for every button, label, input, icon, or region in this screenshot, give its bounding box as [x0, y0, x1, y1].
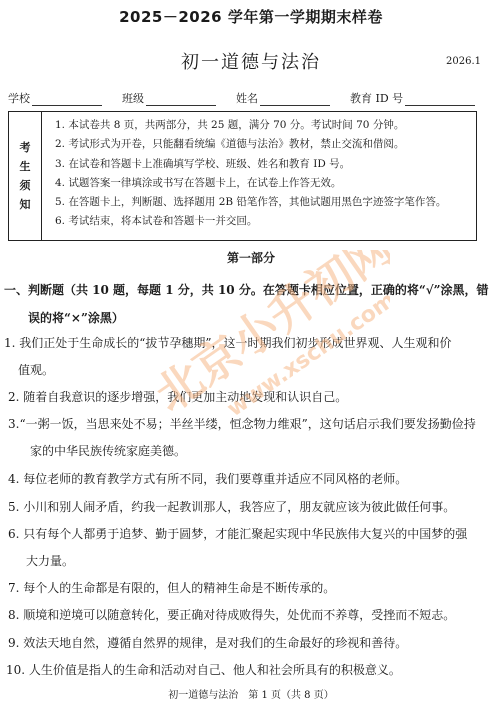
question-6: 6. 只有每个人都勇于追梦、勤于圆梦，才能汇聚起实现中华民族伟大复兴的中国梦的强…	[8, 521, 488, 575]
question-text: 7. 每个人的生命都是有限的，但人的精神生命是不断传承的。	[8, 575, 488, 602]
question-5: 5. 小川和别人闹矛盾，约我一起教训那人，我答应了，朋友就应该为彼此做任何事。	[8, 494, 488, 521]
name-blank[interactable]	[260, 94, 330, 106]
question-3: 3.“一粥一饭，当思来处不易；半丝半缕，恒念物力维艰”，这句话启示我们要发扬勤俭…	[8, 411, 488, 465]
notice-item: 5. 在答题卡上，判断题、选择题用 2B 铅笔作答，其他试题用黑色字迹签字笔作答…	[55, 193, 476, 212]
question-text: 8. 顺境和逆境可以随意转化，要正确对待成败得失，处优而不养尊，受挫而不短志。	[8, 602, 488, 629]
question-text-cont: 家的中华民族传统家庭美德。	[8, 438, 488, 465]
exam-title: 2025－2026 学年第一学期期末样卷	[0, 6, 502, 27]
question-text: 6. 只有每个人都勇于追梦、勤于圆梦，才能汇聚起实现中华民族伟大复兴的中国梦的强	[8, 521, 488, 548]
question-text: 4. 每位老师的教育教学方式有所不同，我们要尊重并适应不同风格的老师。	[8, 466, 488, 493]
school-label: 学校	[8, 90, 30, 106]
part-title: 第一部分	[0, 249, 502, 266]
notice-item: 6. 考试结束，将本试卷和答题卡一并交回。	[55, 212, 476, 231]
question-8: 8. 顺境和逆境可以随意转化，要正确对待成败得失，处优而不养尊，受挫而不短志。	[8, 602, 488, 629]
notice-label-char: 生	[20, 157, 31, 176]
edu-id-field: 教育 ID 号	[350, 90, 475, 106]
notice-item: 2. 考试形式为开卷，只能翻看统编《道德与法治》教材，禁止交流和借阅。	[55, 135, 476, 154]
student-info-row: 学校 班级 姓名 教育 ID 号	[8, 90, 489, 106]
question-7: 7. 每个人的生命都是有限的，但人的精神生命是不断传承的。	[8, 575, 488, 602]
question-text: 3.“一粥一饭，当思来处不易；半丝半缕，恒念物力维艰”，这句话启示我们要发扬勤俭…	[8, 411, 488, 438]
exam-date: 2026.1	[446, 56, 481, 67]
name-label: 姓名	[236, 90, 258, 106]
question-1: 1. 我们正处于生命成长的“拔节孕穗期”，这一时期我们初步形成世界观、人生观和价…	[4, 330, 484, 384]
question-text: 5. 小川和别人闹矛盾，约我一起教训那人，我答应了，朋友就应该为彼此做任何事。	[8, 494, 488, 521]
notice-label: 考 生 须 知	[9, 112, 42, 240]
question-text: 10. 人生价值是指人的生命和活动对自己、他人和社会所具有的积极意义。	[6, 657, 486, 684]
notice-label-char: 须	[20, 176, 31, 195]
notice-list: 1. 本试卷共 8 页，共两部分，共 25 题，满分 70 分。考试时间 70 …	[42, 112, 476, 240]
question-text-cont: 值观。	[4, 357, 484, 384]
question-text-cont: 大力量。	[8, 548, 488, 575]
question-2: 2. 随着自我意识的逐步增强，我们更加主动地发现和认识自己。	[8, 384, 488, 411]
question-4: 4. 每位老师的教育教学方式有所不同，我们要尊重并适应不同风格的老师。	[8, 466, 488, 493]
school-blank[interactable]	[32, 94, 102, 106]
edu-id-blank[interactable]	[405, 94, 475, 106]
notice-label-char: 知	[20, 195, 31, 214]
question-10: 10. 人生价值是指人的生命和活动对自己、他人和社会所具有的积极意义。	[6, 657, 486, 684]
exam-notice-box: 考 生 须 知 1. 本试卷共 8 页，共两部分，共 25 题，满分 70 分。…	[8, 111, 477, 241]
page-footer: 初一道德与法治 第 1 页（共 8 页）	[0, 686, 502, 701]
notice-item: 4. 试题答案一律填涂或书写在答题卡上，在试卷上作答无效。	[55, 174, 476, 193]
question-9: 9. 效法天地自然，遵循自然界的规律，是对我们的生命最好的珍视和善待。	[8, 630, 488, 657]
section-heading-line2: 误的将“×”涂黑）	[4, 304, 490, 332]
section-heading-line1: 一、判断题（共 10 题，每题 1 分，共 10 分。在答题卡相应位置，正确的将…	[4, 276, 490, 304]
notice-item: 1. 本试卷共 8 页，共两部分，共 25 题，满分 70 分。考试时间 70 …	[55, 116, 476, 135]
name-field: 姓名	[236, 90, 330, 106]
school-field: 学校	[8, 90, 102, 106]
question-text: 9. 效法天地自然，遵循自然界的规律，是对我们的生命最好的珍视和善待。	[8, 630, 488, 657]
class-label: 班级	[122, 90, 144, 106]
notice-label-char: 考	[20, 138, 31, 157]
class-blank[interactable]	[146, 94, 216, 106]
question-text: 1. 我们正处于生命成长的“拔节孕穗期”，这一时期我们初步形成世界观、人生观和价	[4, 330, 484, 357]
notice-item: 3. 在试卷和答题卡上准确填写学校、班级、姓名和教育 ID 号。	[55, 155, 476, 174]
subject-title: 初一道德与法治	[0, 48, 502, 74]
edu-id-label: 教育 ID 号	[350, 90, 403, 106]
class-field: 班级	[122, 90, 216, 106]
section-heading: 一、判断题（共 10 题，每题 1 分，共 10 分。在答题卡相应位置，正确的将…	[4, 276, 490, 332]
question-text: 2. 随着自我意识的逐步增强，我们更加主动地发现和认识自己。	[8, 384, 488, 411]
